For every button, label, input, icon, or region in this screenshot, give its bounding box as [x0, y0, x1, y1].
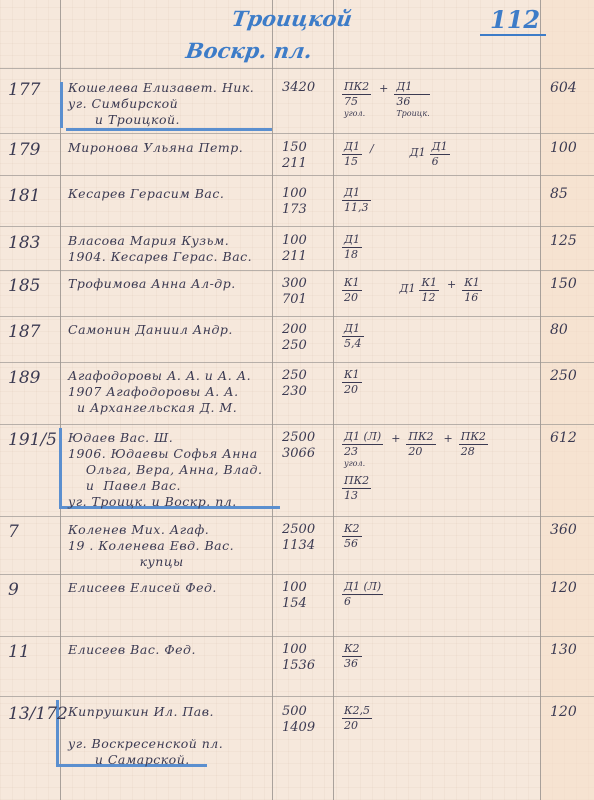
buildings-extra: ПК213 — [342, 474, 379, 503]
area-value: 3066 — [282, 446, 315, 462]
building-note: угол. — [342, 459, 383, 469]
row-rule — [0, 574, 594, 575]
area-value: 173 — [282, 202, 307, 218]
area-value: 1409 — [282, 720, 315, 736]
owner-name: Коленев Мих. Агаф. 19 . Коленева Евд. Ва… — [68, 522, 234, 570]
property-number: 187 — [8, 322, 40, 342]
row-rule — [0, 133, 594, 134]
buildings: Д1 (Л)23угол.+ПК220+ПК228 — [342, 430, 496, 469]
assessed-value: 612 — [550, 430, 577, 446]
building-size: 16 — [462, 291, 482, 305]
area-value: 250 — [282, 368, 307, 384]
area-value: 1134 — [282, 538, 315, 554]
buildings: К236 — [342, 642, 370, 671]
street-name: Троицкой — [230, 6, 353, 31]
property-number: 13/172 — [8, 704, 68, 724]
corner-underline — [66, 128, 272, 131]
building-fraction: К112 — [419, 276, 439, 305]
plot-area: 25003066 — [282, 430, 315, 462]
building-fraction: ПК213 — [342, 474, 371, 503]
building-fraction: К256 — [342, 522, 362, 551]
building-prefix: Д1 — [400, 282, 416, 295]
row-rule — [0, 175, 594, 176]
plot-area: 100211 — [282, 233, 307, 265]
buildings: ПК275угол.+Д136Троицк. — [342, 80, 438, 119]
row-rule — [0, 516, 594, 517]
area-value: 701 — [282, 292, 307, 308]
building-fraction: К236 — [342, 642, 362, 671]
building-fraction: ПК220 — [406, 430, 435, 459]
building-note: Троицк. — [394, 109, 429, 119]
building-type: К2 — [342, 522, 362, 537]
buildings: Д115/Д1Д16 — [342, 140, 458, 169]
buildings: Д111,3 — [342, 186, 379, 215]
building-fraction: К2,520 — [342, 704, 372, 733]
building-size: 36 — [394, 95, 429, 109]
building-size: 18 — [342, 248, 362, 262]
building-size: 23 — [342, 445, 383, 459]
owner-name: Трофимова Анна Ал-др. — [68, 276, 236, 292]
building-type: ПК2 — [406, 430, 435, 445]
property-number: 181 — [8, 186, 40, 206]
building-fraction: Д15,4 — [342, 322, 364, 351]
owner-name: Елисеев Вас. Фед. — [68, 642, 196, 658]
area-value: 150 — [282, 140, 307, 156]
building-type: Д1 — [342, 322, 364, 337]
building-fraction: ПК228 — [459, 430, 488, 459]
building-note: угол. — [342, 109, 371, 119]
assessed-value: 130 — [550, 642, 577, 658]
building-fraction: Д111,3 — [342, 186, 371, 215]
buildings: К120Д1К112+К116 — [342, 276, 490, 305]
column-rule-area — [333, 0, 334, 800]
property-number: 7 — [8, 522, 19, 542]
building-fraction: К116 — [462, 276, 482, 305]
building-fraction: Д1 (Л)6 — [342, 580, 383, 609]
building-size: 13 — [342, 489, 371, 503]
assessed-value: 120 — [550, 580, 577, 596]
building-size: 36 — [342, 657, 362, 671]
area-value: 200 — [282, 322, 307, 338]
area-value: 2500 — [282, 522, 315, 538]
buildings: Д1 (Л)6 — [342, 580, 391, 609]
row-rule — [0, 424, 594, 425]
owner-name: Кошелева Елизавет. Ник. уг. Симбирской и… — [68, 80, 254, 128]
building-type: ПК2 — [342, 80, 371, 95]
building-type: Д1 — [342, 186, 371, 201]
building-type: К2,5 — [342, 704, 372, 719]
building-type: К1 — [462, 276, 482, 291]
assessed-value: 100 — [550, 140, 577, 156]
buildings: К2,520 — [342, 704, 380, 733]
row-rule — [0, 270, 594, 271]
building-size: 20 — [342, 291, 362, 305]
building-size: 28 — [459, 445, 488, 459]
building-fraction: К120 — [342, 276, 362, 305]
operator: / — [370, 142, 374, 155]
property-number: 9 — [8, 580, 19, 600]
property-number: 185 — [8, 276, 40, 296]
row-rule — [0, 316, 594, 317]
plot-area: 5001409 — [282, 704, 315, 736]
building-fraction: Д16 — [430, 140, 450, 169]
building-type: Д1 (Л) — [342, 580, 383, 595]
operator: + — [391, 432, 400, 445]
owner-name: Кипрушкин Ил. Пав. уг. Воскресенской пл.… — [68, 704, 223, 768]
row-rule — [0, 226, 594, 227]
area-value: 100 — [282, 233, 307, 249]
plot-area: 3420 — [282, 80, 315, 96]
operator: + — [379, 82, 388, 95]
operator: + — [447, 278, 456, 291]
building-type: Д1 — [394, 80, 429, 95]
plot-area: 100173 — [282, 186, 307, 218]
property-number: 183 — [8, 233, 40, 253]
buildings: К256 — [342, 522, 370, 551]
property-number: 189 — [8, 368, 40, 388]
property-number: 179 — [8, 140, 40, 160]
building-type: ПК2 — [459, 430, 488, 445]
building-fraction: Д115 — [342, 140, 362, 169]
assessed-value: 125 — [550, 233, 577, 249]
property-number: 11 — [8, 642, 30, 662]
building-fraction: Д118 — [342, 233, 362, 262]
area-value: 211 — [282, 249, 307, 265]
owner-name: Миронова Ульяна Петр. — [68, 140, 243, 156]
area-value: 500 — [282, 704, 315, 720]
page-number: 112 — [490, 5, 540, 34]
plot-area: 250230 — [282, 368, 307, 400]
building-type: Д1 — [342, 140, 362, 155]
building-size: 6 — [430, 155, 450, 169]
building-size: 5,4 — [342, 337, 364, 351]
building-type: К1 — [342, 368, 362, 383]
building-size: 6 — [342, 595, 383, 609]
buildings: Д118 — [342, 233, 370, 262]
cross-street-name: Воскр. пл. — [184, 38, 314, 63]
owner-name: Агафодоровы А. А. и А. А. 1907 Агафодоро… — [68, 368, 251, 416]
assessed-value: 85 — [550, 186, 568, 202]
area-value: 2500 — [282, 430, 315, 446]
buildings: Д15,4 — [342, 322, 372, 351]
area-value: 100 — [282, 580, 307, 596]
ledger-page: Троицкой Воскр. пл. 112 177Кошелева Елиз… — [0, 0, 594, 800]
row-rule — [0, 68, 594, 69]
building-fraction: Д136Троицк. — [394, 80, 429, 119]
building-size: 11,3 — [342, 201, 371, 215]
assessed-value: 120 — [550, 704, 577, 720]
assessed-value: 250 — [550, 368, 577, 384]
building-type: ПК2 — [342, 474, 371, 489]
building-type: К1 — [342, 276, 362, 291]
plot-area: 1001536 — [282, 642, 315, 674]
building-size: 20 — [342, 719, 372, 733]
area-value: 100 — [282, 642, 315, 658]
building-size: 75 — [342, 95, 371, 109]
column-rule-buildings — [540, 0, 541, 800]
building-fraction: ПК275угол. — [342, 80, 371, 119]
assessed-value: 150 — [550, 276, 577, 292]
property-number: 191/5 — [8, 430, 57, 450]
area-value: 230 — [282, 384, 307, 400]
row-rule — [0, 636, 594, 637]
building-size: 56 — [342, 537, 362, 551]
building-type: Д1 — [430, 140, 450, 155]
building-size: 20 — [342, 383, 362, 397]
plot-area: 200250 — [282, 322, 307, 354]
assessed-value: 360 — [550, 522, 577, 538]
building-type: Д1 — [342, 233, 362, 248]
plot-area: 25001134 — [282, 522, 315, 554]
row-rule — [0, 696, 594, 697]
assessed-value: 604 — [550, 80, 577, 96]
building-fraction: К120 — [342, 368, 362, 397]
area-value: 154 — [282, 596, 307, 612]
paper-edge — [541, 0, 594, 800]
area-value: 3420 — [282, 80, 315, 96]
plot-area: 100154 — [282, 580, 307, 612]
building-fraction: Д1 (Л)23угол. — [342, 430, 383, 469]
area-value: 100 — [282, 186, 307, 202]
building-type: К1 — [419, 276, 439, 291]
owner-name: Кесарев Герасим Вас. — [68, 186, 224, 202]
building-size: 15 — [342, 155, 362, 169]
plot-area: 300701 — [282, 276, 307, 308]
assessed-value: 80 — [550, 322, 568, 338]
buildings: К120 — [342, 368, 370, 397]
area-value: 250 — [282, 338, 307, 354]
building-type: К2 — [342, 642, 362, 657]
owner-name: Елисеев Елисей Фед. — [68, 580, 217, 596]
owner-name: Юдаев Вас. Ш. 1906. Юдаевы Софья Анна Ол… — [68, 430, 262, 510]
building-size: 20 — [406, 445, 435, 459]
area-value: 211 — [282, 156, 307, 172]
building-prefix: Д1 — [410, 146, 426, 159]
property-number: 177 — [8, 80, 40, 100]
owner-name: Власова Мария Кузьм. 1904. Кесарев Герас… — [68, 233, 252, 265]
building-size: 12 — [419, 291, 439, 305]
row-rule — [0, 362, 594, 363]
operator: + — [444, 432, 453, 445]
plot-area: 150211 — [282, 140, 307, 172]
area-value: 1536 — [282, 658, 315, 674]
building-type: Д1 (Л) — [342, 430, 383, 445]
page-number-underline — [480, 34, 546, 36]
owner-name: Самонин Даниил Андр. — [68, 322, 233, 338]
area-value: 300 — [282, 276, 307, 292]
